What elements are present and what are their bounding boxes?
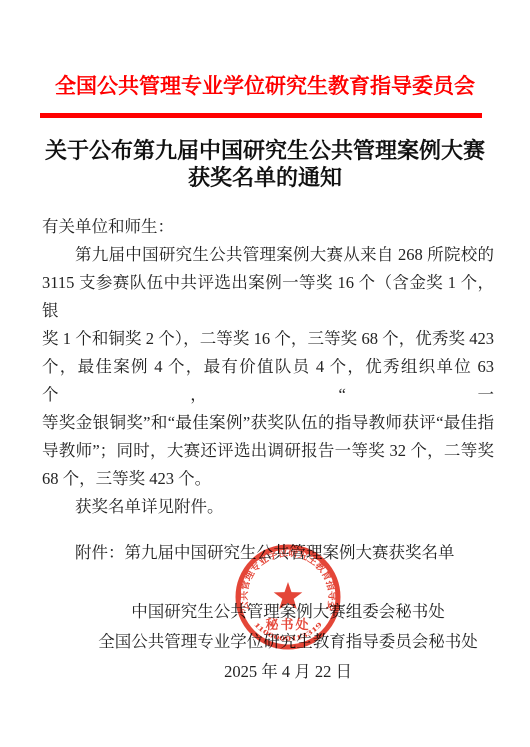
signature-date: 2025 年 4 月 22 日 — [82, 657, 494, 687]
paragraph-line: 第九届中国研究生公共管理案例大赛从来自 268 所院校的 — [42, 241, 494, 269]
signature-block: 中国研究生公共管理案例大赛组委会秘书处 全国公共管理专业学位研究生教育指导委员会… — [82, 597, 494, 687]
document-page: 全国公共管理专业学位研究生教育指导委员会 关于公布第九届中国研究生公共管理案例大… — [0, 0, 530, 747]
document-title-line-2: 获奖名单的通知 — [0, 164, 530, 191]
document-title: 关于公布第九届中国研究生公共管理案例大赛 获奖名单的通知 — [0, 137, 530, 191]
document-title-line-1: 关于公布第九届中国研究生公共管理案例大赛 — [0, 137, 530, 164]
paragraph-line: 3115 支参赛队伍中共评选出案例一等奖 16 个（含金奖 1 个，银 — [42, 269, 494, 325]
closing-line: 获奖名单详见附件。 — [42, 493, 494, 521]
salutation: 有关单位和师生： — [42, 213, 494, 241]
paragraph-line: 68 个，三等奖 423 个。 — [42, 465, 494, 493]
paragraph-line: 个，最佳案例 4 个，最有价值队员 4 个，优秀组织单位 63 个，“一 — [42, 353, 494, 409]
paragraph-line: 等奖金银铜奖”和“最佳案例”获奖队伍的指导教师获评“最佳指 — [42, 409, 494, 437]
signature-org-1: 中国研究生公共管理案例大赛组委会秘书处 — [82, 597, 494, 627]
attachment-line: 附件：第九届中国研究生公共管理案例大赛获奖名单 — [42, 539, 494, 567]
signature-org-2: 全国公共管理专业学位研究生教育指导委员会秘书处 — [82, 627, 494, 657]
issuing-org-title: 全国公共管理专业学位研究生教育指导委员会 — [0, 70, 530, 100]
header-double-rule — [40, 113, 482, 118]
document-body: 有关单位和师生： 第九届中国研究生公共管理案例大赛从来自 268 所院校的 31… — [42, 213, 494, 521]
paragraph-line: 导教师”；同时，大赛还评选出调研报告一等奖 32 个，二等奖 — [42, 437, 494, 465]
paragraph-line: 奖 1 个和铜奖 2 个），二等奖 16 个，三等奖 68 个，优秀奖 423 — [42, 325, 494, 353]
